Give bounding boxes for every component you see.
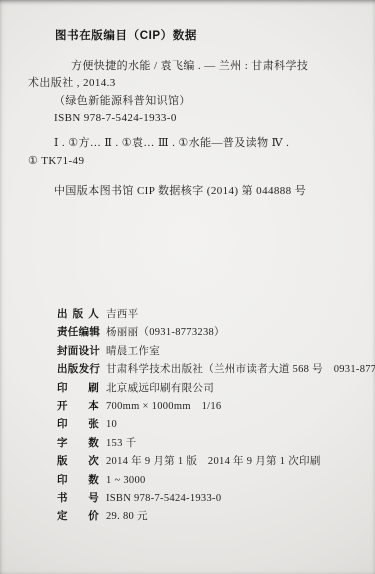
cip-series: （绿色新能源科普知识馆）	[54, 93, 353, 111]
colophon-row-book-number: 书号 ISBN 978-7-5424-1933-0	[57, 490, 367, 508]
colophon-table: 出版人 吉西平 责任编辑 杨丽丽（0931-8773238） 封面设计 晴晨工作…	[57, 306, 367, 527]
colophon-label: 字数	[57, 435, 99, 450]
colophon-row-publisher: 出版人 吉西平	[57, 306, 367, 324]
colophon-value: ISBN 978-7-5424-1933-0	[106, 493, 221, 504]
cip-header: 图书在版编目（CIP）数据	[55, 28, 353, 46]
colophon-value: 153 千	[106, 435, 136, 450]
colophon-label: 开本	[57, 398, 99, 413]
colophon-row-printer: 印刷 北京威远印刷有限公司	[57, 380, 367, 398]
cip-isbn: ISBN 978-7-5424-1933-0	[54, 110, 353, 128]
colophon-value: 晴晨工作室	[106, 343, 160, 358]
colophon-row-cover-design: 封面设计 晴晨工作室	[57, 343, 367, 361]
colophon-row-edition: 版次 2014 年 9 月第 1 版 2014 年 9 月第 1 次印刷	[57, 453, 367, 471]
colophon-label: 封面设计	[57, 343, 99, 358]
colophon-label: 印张	[57, 416, 99, 431]
colophon-value: 杨丽丽（0931-8773238）	[106, 324, 225, 339]
cip-block: 图书在版编目（CIP）数据 方便快捷的水能 / 袁飞编 . — 兰州 : 甘肃科…	[28, 28, 353, 201]
colophon-row-sheets: 印张 10	[57, 416, 367, 434]
colophon-label: 出版人	[57, 306, 99, 321]
cip-title-line2: 术出版社 , 2014.3	[28, 75, 353, 93]
colophon-row-editor: 责任编辑 杨丽丽（0931-8773238）	[57, 324, 367, 342]
colophon-value: 29. 80 元	[106, 508, 148, 523]
colophon-label: 印刷	[57, 380, 99, 395]
colophon-row-format: 开本 700mm × 1000mm 1/16	[57, 398, 367, 416]
colophon-label: 定价	[57, 508, 99, 523]
colophon-value: 甘肃科学技术出版社（兰州市读者大道 568 号 0931-8773237）	[106, 361, 375, 376]
colophon-row-word-count: 字数 153 千	[57, 435, 367, 453]
colophon-label: 出版发行	[57, 361, 99, 376]
colophon-value: 吉西平	[106, 306, 138, 321]
colophon-label: 书号	[57, 490, 99, 505]
colophon-value: 北京威远印刷有限公司	[106, 380, 214, 395]
colophon-value: 1 ~ 3000	[106, 475, 146, 486]
colophon-value: 2014 年 9 月第 1 版 2014 年 9 月第 1 次印刷	[106, 453, 321, 468]
colophon-label: 责任编辑	[57, 324, 99, 339]
colophon-value: 700mm × 1000mm 1/16	[106, 398, 221, 413]
cip-record-number: 中国版本图书馆 CIP 数据核字 (2014) 第 044888 号	[54, 183, 353, 201]
colophon-value: 10	[106, 419, 117, 430]
cip-classification-line2: ① TK71-49	[28, 153, 353, 171]
colophon-label: 印数	[57, 472, 99, 487]
colophon-row-print-run: 印数 1 ~ 3000	[57, 472, 367, 490]
book-copyright-page: 图书在版编目（CIP）数据 方便快捷的水能 / 袁飞编 . — 兰州 : 甘肃科…	[0, 0, 375, 574]
cip-title-line1: 方便快捷的水能 / 袁飞编 . — 兰州 : 甘肃科学技	[71, 58, 353, 76]
colophon-row-price: 定价 29. 80 元	[57, 508, 367, 526]
cip-classification-line1: Ⅰ . ①方… Ⅱ . ①袁… Ⅲ . ①水能—普及读物 Ⅳ .	[54, 135, 353, 153]
colophon-row-publishing-house: 出版发行 甘肃科学技术出版社（兰州市读者大道 568 号 0931-877323…	[57, 361, 367, 379]
colophon-label: 版次	[57, 453, 99, 468]
